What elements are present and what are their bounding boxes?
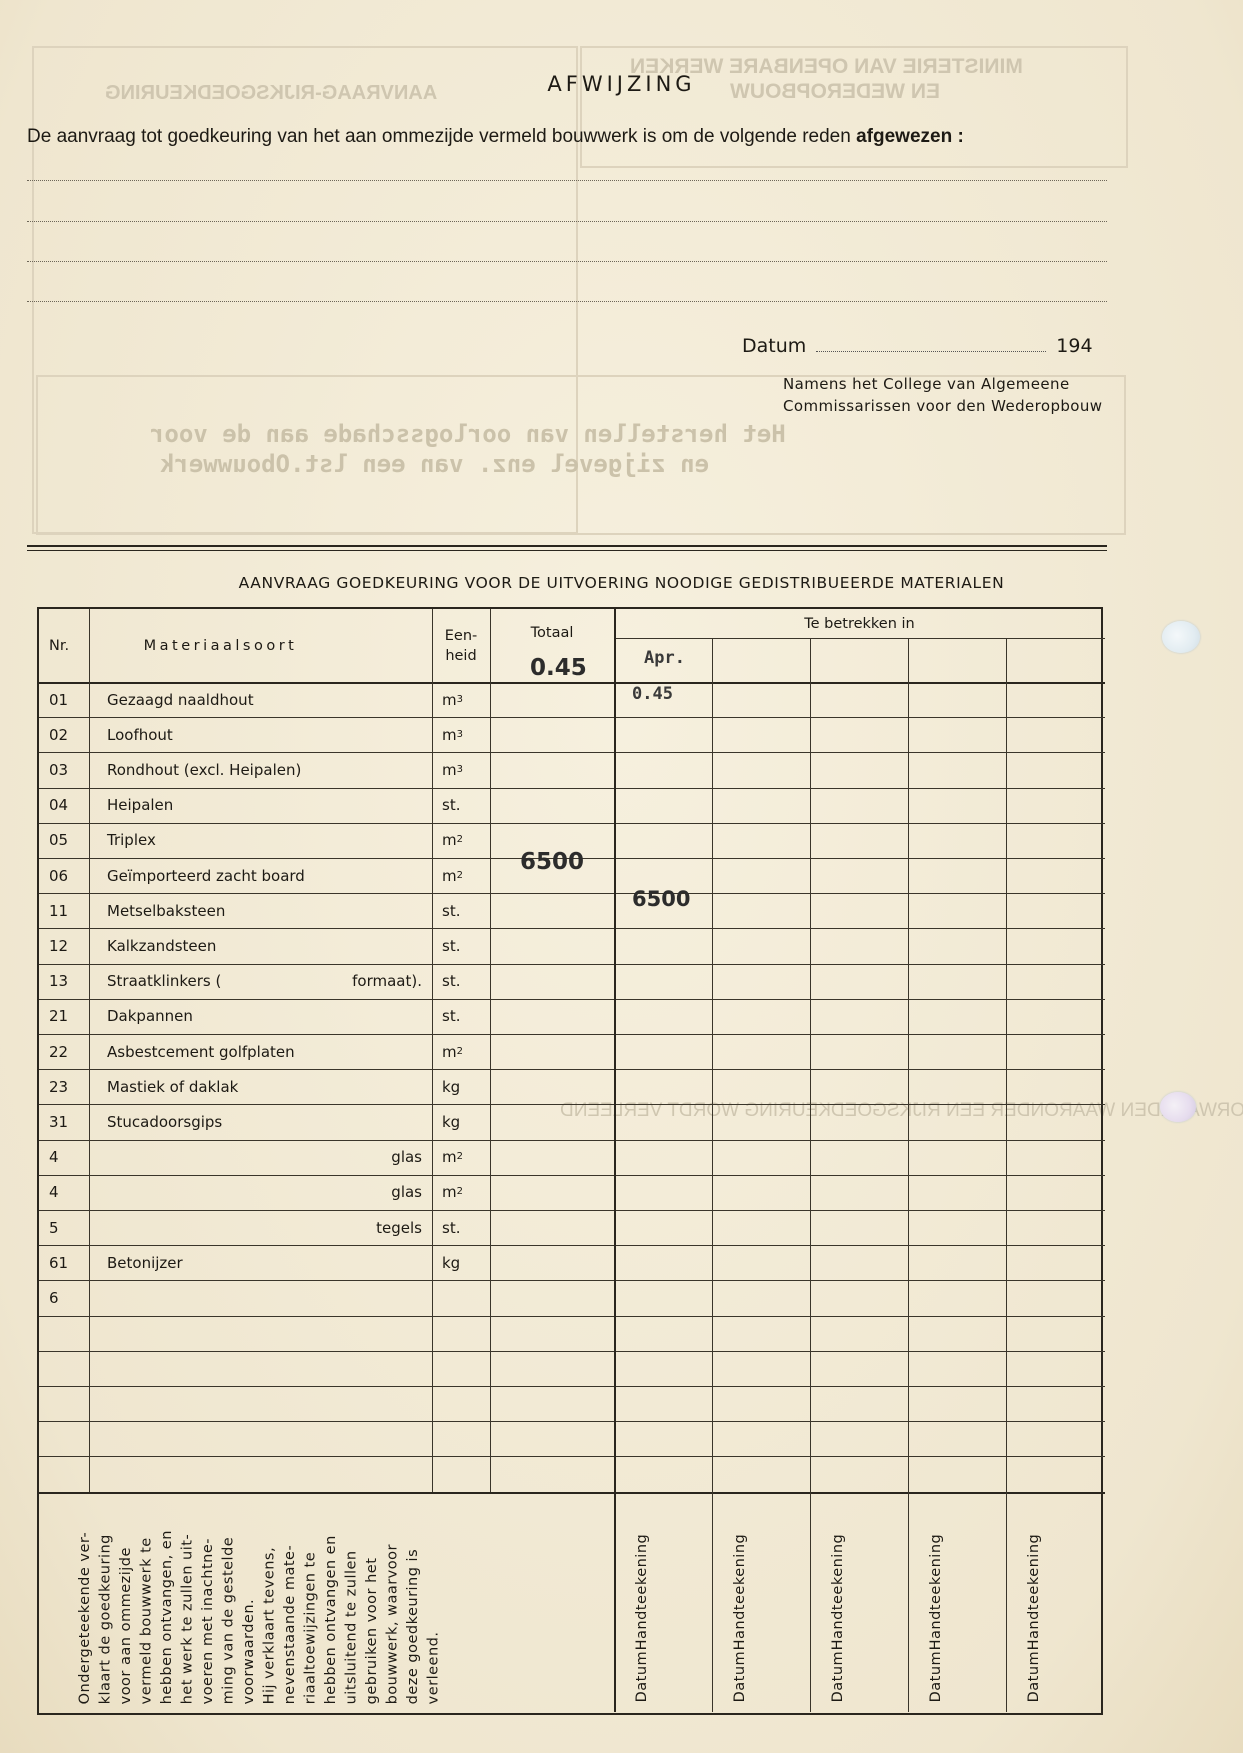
sub-header-5[interactable]	[1036, 644, 1105, 672]
row-total-input[interactable]: 6500	[520, 844, 610, 879]
sub-header-1[interactable]: Apr.	[644, 644, 712, 672]
row-material-suffix	[269, 823, 422, 858]
col-divider	[810, 1492, 811, 1712]
row-material-suffix: glas	[269, 1140, 422, 1175]
row-te-betrekken-2[interactable]	[730, 1169, 810, 1204]
row-te-betrekken-2[interactable]	[730, 1274, 810, 1309]
row-divider	[39, 1456, 1105, 1457]
row-total-input[interactable]	[520, 809, 610, 844]
row-te-betrekken-5[interactable]	[1024, 852, 1105, 887]
signature-cell[interactable]: DatumHandteekening	[926, 1552, 978, 1702]
row-nr: 61	[49, 1245, 89, 1280]
row-te-betrekken-5[interactable]	[1024, 746, 1105, 781]
col-divider	[614, 1492, 616, 1712]
signature-hand-label: Handteekening	[632, 1534, 684, 1651]
row-te-betrekken-5[interactable]	[1024, 922, 1105, 957]
row-te-betrekken-2[interactable]	[730, 852, 810, 887]
row-te-betrekken-2[interactable]	[730, 1204, 810, 1239]
row-te-betrekken-2[interactable]	[730, 1134, 810, 1169]
row-unit: m3	[442, 717, 490, 752]
page-title: AFWIJZING	[0, 72, 1243, 96]
row-nr: 06	[49, 858, 89, 893]
row-te-betrekken-3[interactable]	[828, 1204, 908, 1239]
authority-line-2: Commissarissen voor den Wederopbouw	[783, 395, 1102, 417]
col-divider	[908, 638, 909, 1492]
row-te-betrekken-1[interactable]	[632, 817, 712, 852]
row-te-betrekken-4[interactable]	[926, 1239, 1006, 1274]
datum-input[interactable]	[816, 338, 1046, 352]
row-te-betrekken-5[interactable]	[1024, 887, 1105, 922]
row-te-betrekken-5[interactable]	[1024, 1239, 1105, 1274]
reason-bold: afgewezen :	[856, 126, 964, 147]
row-te-betrekken-1[interactable]	[632, 1134, 712, 1169]
authority-line-1: Namens het College van Algemeene	[783, 373, 1102, 395]
signature-date-label: Datum	[1024, 1650, 1076, 1702]
row-te-betrekken-2[interactable]	[730, 993, 810, 1028]
row-nr: 23	[49, 1069, 89, 1104]
row-te-betrekken-5[interactable]	[1024, 817, 1105, 852]
row-total-input[interactable]	[520, 1266, 610, 1301]
signature-hand-label: Handteekening	[828, 1534, 880, 1651]
row-te-betrekken-3[interactable]	[828, 746, 908, 781]
ghost-typed-1: Het herstellen van oorlogsschade aan de …	[150, 420, 786, 448]
row-unit	[442, 1280, 490, 1315]
row-te-betrekken-1[interactable]	[632, 1063, 712, 1098]
row-material-suffix	[269, 682, 422, 717]
row-te-betrekken-3[interactable]	[828, 1169, 908, 1204]
row-te-betrekken-5[interactable]	[1024, 993, 1105, 1028]
row-te-betrekken-4[interactable]	[926, 1204, 1006, 1239]
row-divider	[39, 1316, 1105, 1317]
col-divider	[810, 638, 811, 1492]
row-material-suffix	[269, 893, 422, 928]
col-divider	[89, 609, 90, 1492]
row-te-betrekken-1[interactable]	[632, 1239, 712, 1274]
row-total-input[interactable]	[520, 985, 610, 1020]
row-material-suffix: glas	[269, 1175, 422, 1210]
row-unit: kg	[442, 1069, 490, 1104]
unit-text: st.	[442, 796, 460, 814]
signature-date-label: Datum	[926, 1650, 978, 1702]
row-te-betrekken-3[interactable]	[828, 922, 908, 957]
row-unit: kg	[442, 1245, 490, 1280]
row-nr: 13	[49, 964, 89, 999]
row-te-betrekken-3[interactable]	[828, 993, 908, 1028]
row-te-betrekken-4[interactable]	[926, 782, 1006, 817]
row-te-betrekken-3[interactable]	[828, 711, 908, 746]
unit-text: m	[442, 1043, 457, 1061]
unit-text: kg	[442, 1078, 460, 1096]
row-nr: 04	[49, 788, 89, 823]
row-te-betrekken-1[interactable]	[632, 1204, 712, 1239]
col-divider	[490, 609, 491, 1492]
row-te-betrekken-5[interactable]	[1024, 1098, 1105, 1133]
row-nr: 6	[49, 1280, 89, 1315]
col-header-material: Materiaalsoort	[89, 609, 352, 682]
row-te-betrekken-2[interactable]	[730, 1063, 810, 1098]
row-te-betrekken-5[interactable]	[1024, 1169, 1105, 1204]
unit-text: m	[442, 1148, 457, 1166]
materials-table: Nr.MateriaalsoortEen- heidTotaal0.45Te b…	[37, 607, 1103, 1715]
row-te-betrekken-5[interactable]	[1024, 1274, 1105, 1309]
signature-date-label: Datum	[730, 1650, 782, 1702]
row-te-betrekken-5[interactable]	[1024, 1204, 1105, 1239]
row-te-betrekken-3[interactable]	[828, 1274, 908, 1309]
row-te-betrekken-1[interactable]: 0.45	[632, 676, 712, 711]
row-total-input[interactable]	[520, 1126, 610, 1161]
table-row: 6	[39, 1280, 1105, 1315]
row-unit: st.	[442, 999, 490, 1034]
row-material-suffix: tegels	[269, 1210, 422, 1245]
unit-text: kg	[442, 1254, 460, 1272]
signature-date-label: Datum	[828, 1650, 880, 1702]
divider	[614, 638, 1105, 639]
col-divider	[712, 638, 713, 1492]
signature-date-label: Datum	[632, 1650, 684, 1702]
row-total-input[interactable]	[520, 774, 610, 809]
row-unit: m2	[442, 823, 490, 858]
row-material-suffix	[269, 1245, 422, 1280]
row-te-betrekken-3[interactable]	[828, 676, 908, 711]
row-divider	[39, 1386, 1105, 1387]
row-material-suffix	[269, 928, 422, 963]
row-unit: m2	[442, 858, 490, 893]
unit-text: st.	[442, 1007, 460, 1025]
row-total-input[interactable]	[520, 1231, 610, 1266]
row-te-betrekken-3[interactable]	[828, 1063, 908, 1098]
sub-header-3[interactable]	[840, 644, 908, 672]
signature-hand-label: Handteekening	[1024, 1534, 1076, 1651]
row-te-betrekken-1[interactable]	[632, 993, 712, 1028]
row-te-betrekken-5[interactable]	[1024, 711, 1105, 746]
reason-line-2[interactable]	[27, 221, 1107, 222]
row-te-betrekken-4[interactable]	[926, 1063, 1006, 1098]
row-te-betrekken-4[interactable]	[926, 711, 1006, 746]
row-unit: st.	[442, 928, 490, 963]
unit-text: m	[442, 831, 457, 849]
row-nr: 4	[49, 1140, 89, 1175]
row-te-betrekken-1[interactable]	[632, 746, 712, 781]
row-te-betrekken-5[interactable]	[1024, 1063, 1105, 1098]
row-te-betrekken-4[interactable]	[926, 1134, 1006, 1169]
row-material-suffix	[269, 999, 422, 1034]
row-te-betrekken-2[interactable]	[730, 746, 810, 781]
section-divider	[27, 545, 1107, 551]
row-te-betrekken-3[interactable]	[828, 817, 908, 852]
sub-header-2[interactable]	[742, 644, 810, 672]
col-divider	[712, 1492, 713, 1712]
signature-cell[interactable]: DatumHandteekening	[1024, 1552, 1076, 1702]
declaration-text: Ondergeteekende ver- klaart de goedkeuri…	[75, 1500, 505, 1704]
row-total-input[interactable]	[520, 950, 610, 985]
unit-text: st.	[442, 937, 460, 955]
row-material-suffix	[269, 1104, 422, 1139]
row-nr: 11	[49, 893, 89, 928]
unit-text: st.	[442, 1219, 460, 1237]
row-material-suffix	[269, 1034, 422, 1069]
row-nr: 12	[49, 928, 89, 963]
row-material-suffix	[269, 1069, 422, 1104]
reason-text: De aanvraag tot goedkeuring van het aan …	[27, 126, 856, 147]
row-te-betrekken-2[interactable]	[730, 922, 810, 957]
row-unit: m2	[442, 1175, 490, 1210]
row-unit: st.	[442, 788, 490, 823]
row-total-input[interactable]	[520, 703, 610, 738]
row-te-betrekken-4[interactable]	[926, 676, 1006, 711]
row-te-betrekken-3[interactable]	[828, 1239, 908, 1274]
row-te-betrekken-1[interactable]	[632, 958, 712, 993]
row-te-betrekken-1[interactable]: 6500	[632, 881, 712, 916]
unit-text: m	[442, 691, 457, 709]
row-te-betrekken-3[interactable]	[828, 782, 908, 817]
section-title: AANVRAAG GOEDKEURING VOOR DE UITVOERING …	[0, 574, 1243, 592]
row-te-betrekken-2[interactable]	[730, 711, 810, 746]
row-unit: st.	[442, 1210, 490, 1245]
sub-header-4[interactable]	[938, 644, 1006, 672]
row-material-suffix	[269, 752, 422, 787]
row-total-input[interactable]	[520, 879, 610, 914]
row-unit: m3	[442, 752, 490, 787]
unit-text: m	[442, 1183, 457, 1201]
row-te-betrekken-1[interactable]	[632, 922, 712, 957]
unit-text: kg	[442, 1113, 460, 1131]
unit-text: m	[442, 867, 457, 885]
row-total-input[interactable]	[520, 668, 610, 703]
row-te-betrekken-4[interactable]	[926, 887, 1006, 922]
row-te-betrekken-2[interactable]	[730, 1098, 810, 1133]
row-material-suffix	[269, 717, 422, 752]
signature-hand-label: Handteekening	[926, 1534, 978, 1651]
datum-year: 194	[1056, 335, 1092, 357]
row-te-betrekken-3[interactable]	[828, 887, 908, 922]
row-te-betrekken-4[interactable]	[926, 958, 1006, 993]
row-divider	[39, 1421, 1105, 1422]
row-te-betrekken-5[interactable]	[1024, 1134, 1105, 1169]
row-unit: st.	[442, 964, 490, 999]
row-te-betrekken-1[interactable]	[632, 711, 712, 746]
row-total-input[interactable]	[520, 1196, 610, 1231]
reason-line-1[interactable]	[27, 180, 1107, 181]
row-nr: 01	[49, 682, 89, 717]
row-te-betrekken-2[interactable]	[730, 1239, 810, 1274]
signature-section-divider	[39, 1492, 1105, 1494]
reason-line-3[interactable]	[27, 261, 1107, 262]
row-total-input[interactable]	[520, 1161, 610, 1196]
row-nr: 21	[49, 999, 89, 1034]
row-total-input[interactable]	[520, 1090, 610, 1125]
unit-text: st.	[442, 902, 460, 920]
rejection-reason-label: De aanvraag tot goedkeuring van het aan …	[27, 126, 964, 148]
row-material-suffix	[269, 858, 422, 893]
row-te-betrekken-2[interactable]	[730, 887, 810, 922]
row-total-input[interactable]	[520, 1020, 610, 1055]
row-nr: 02	[49, 717, 89, 752]
row-unit: kg	[442, 1104, 490, 1139]
row-te-betrekken-1[interactable]	[632, 1028, 712, 1063]
datum-label: Datum	[742, 335, 806, 357]
row-te-betrekken-4[interactable]	[926, 1028, 1006, 1063]
row-te-betrekken-3[interactable]	[828, 1134, 908, 1169]
row-divider	[39, 1351, 1105, 1352]
row-te-betrekken-1[interactable]	[632, 1098, 712, 1133]
row-te-betrekken-1[interactable]	[632, 1169, 712, 1204]
row-te-betrekken-3[interactable]	[828, 1028, 908, 1063]
col-divider	[1006, 1492, 1007, 1712]
punch-hole-top	[1162, 621, 1200, 653]
col-divider	[432, 609, 433, 1492]
row-total-input[interactable]	[520, 738, 610, 773]
row-te-betrekken-4[interactable]	[926, 852, 1006, 887]
row-te-betrekken-4[interactable]	[926, 993, 1006, 1028]
row-te-betrekken-3[interactable]	[828, 958, 908, 993]
col-header-nr: Nr.	[49, 609, 89, 682]
row-nr: 5	[49, 1210, 89, 1245]
col-divider	[1006, 638, 1007, 1492]
row-te-betrekken-5[interactable]	[1024, 1028, 1105, 1063]
col-header-unit: Een- heid	[432, 609, 490, 682]
signature-cell[interactable]: DatumHandteekening	[828, 1552, 880, 1702]
row-te-betrekken-4[interactable]	[926, 1274, 1006, 1309]
unit-text: m	[442, 726, 457, 744]
unit-text: m	[442, 761, 457, 779]
col-divider	[614, 609, 616, 1492]
row-te-betrekken-2[interactable]	[730, 782, 810, 817]
row-te-betrekken-4[interactable]	[926, 922, 1006, 957]
row-te-betrekken-4[interactable]	[926, 1169, 1006, 1204]
row-te-betrekken-2[interactable]	[730, 1028, 810, 1063]
row-te-betrekken-4[interactable]	[926, 746, 1006, 781]
signature-hand-label: Handteekening	[730, 1534, 782, 1651]
row-te-betrekken-2[interactable]	[730, 958, 810, 993]
datum-field: Datum 194	[742, 335, 1093, 357]
reason-line-4[interactable]	[27, 301, 1107, 302]
row-material-suffix: formaat).	[269, 964, 422, 999]
signature-cell[interactable]: DatumHandteekening	[730, 1552, 782, 1702]
col-header-total: Totaal	[490, 621, 614, 645]
row-unit: m2	[442, 1034, 490, 1069]
row-te-betrekken-1[interactable]	[632, 782, 712, 817]
row-nr: 05	[49, 823, 89, 858]
col-header-te-betrekken: Te betrekken in	[614, 609, 1105, 638]
row-material-suffix	[269, 788, 422, 823]
row-te-betrekken-2[interactable]	[730, 676, 810, 711]
row-nr: 31	[49, 1104, 89, 1139]
row-te-betrekken-3[interactable]	[828, 1098, 908, 1133]
row-te-betrekken-5[interactable]	[1024, 782, 1105, 817]
punch-hole-bottom	[1160, 1092, 1196, 1122]
row-nr: 22	[49, 1034, 89, 1069]
row-material-suffix	[269, 1280, 422, 1315]
row-te-betrekken-4[interactable]	[926, 817, 1006, 852]
row-nr: 4	[49, 1175, 89, 1210]
col-divider	[908, 1492, 909, 1712]
unit-text: st.	[442, 972, 460, 990]
row-te-betrekken-1[interactable]	[632, 1274, 712, 1309]
authority-block: Namens het College van Algemeene Commiss…	[783, 373, 1102, 417]
row-te-betrekken-4[interactable]	[926, 1098, 1006, 1133]
row-unit: st.	[442, 893, 490, 928]
row-te-betrekken-5[interactable]	[1024, 676, 1105, 711]
row-unit: m3	[442, 682, 490, 717]
row-nr: 03	[49, 752, 89, 787]
row-te-betrekken-2[interactable]	[730, 817, 810, 852]
row-total-input[interactable]	[520, 914, 610, 949]
row-te-betrekken-3[interactable]	[828, 852, 908, 887]
signature-cell[interactable]: DatumHandteekening	[632, 1552, 684, 1702]
row-te-betrekken-5[interactable]	[1024, 958, 1105, 993]
row-unit: m2	[442, 1140, 490, 1175]
ghost-typed-2: en zijgevel enz. van een lst.Obouwwerk	[160, 450, 709, 478]
row-total-input[interactable]	[520, 1055, 610, 1090]
document-page: MINISTERIE VAN OPENBARE WERKEN EN WEDERO…	[0, 0, 1243, 1753]
